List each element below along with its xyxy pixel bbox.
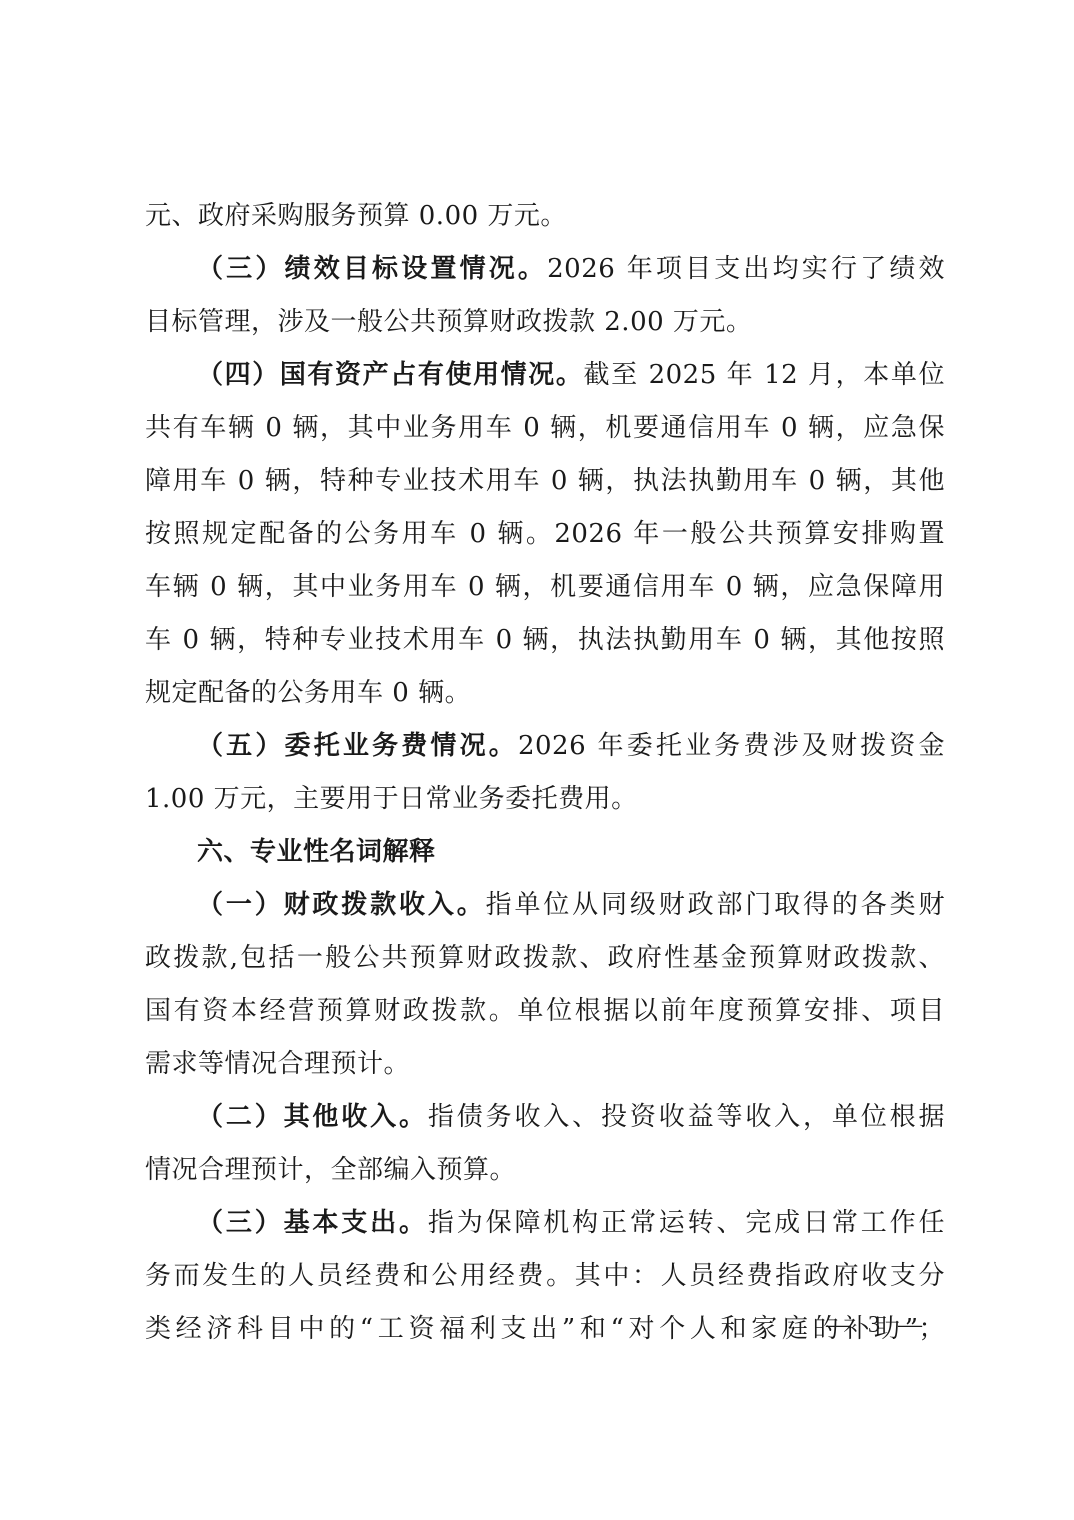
text-line: 规定配备的公务用车 0 辆。 xyxy=(145,667,945,720)
text-line: 1.00 万元，主要用于日常业务委托费用。 xyxy=(145,773,945,826)
text-run: 2026 年项目支出均实行了绩效 xyxy=(547,254,945,284)
paragraph-heading: （三）基本支出。 xyxy=(197,1208,428,1238)
text-run: 2026 年委托业务费涉及财拨资金 xyxy=(518,731,945,761)
text-line: 按照规定配备的公务用车 0 辆。2026 年一般公共预算安排购置 xyxy=(145,508,945,561)
text-line: 车 0 辆，特种专业技术用车 0 辆，执法执勤用车 0 辆，其他按照 xyxy=(145,614,945,667)
text-line: 需求等情况合理预计。 xyxy=(145,1038,945,1091)
paragraph-entrusted-fees: （五）委托业务费情况。2026 年委托业务费涉及财拨资金 xyxy=(145,720,945,773)
text-line: 务而发生的人员经费和公用经费。其中：人员经费指政府收支分 xyxy=(145,1250,945,1303)
text-line: 车辆 0 辆，其中业务用车 0 辆，机要通信用车 0 辆，应急保障用 xyxy=(145,561,945,614)
paragraph-basic-expenditure: （三）基本支出。指为保障机构正常运转、完成日常工作任 xyxy=(145,1197,945,1250)
text-line: 共有车辆 0 辆，其中业务用车 0 辆，机要通信用车 0 辆，应急保 xyxy=(145,402,945,455)
paragraph-heading: （五）委托业务费情况。 xyxy=(197,731,518,761)
paragraph-heading: （四）国有资产占有使用情况。 xyxy=(197,360,584,390)
text-run: 指单位从同级财政部门取得的各类财 xyxy=(486,890,945,920)
paragraph-other-income: （二）其他收入。指债务收入、投资收益等收入，单位根据 xyxy=(145,1091,945,1144)
text-run: 指债务收入、投资收益等收入，单位根据 xyxy=(428,1102,945,1132)
text-line: 障用车 0 辆，特种专业技术用车 0 辆，执法执勤用车 0 辆，其他 xyxy=(145,455,945,508)
paragraph-state-assets: （四）国有资产占有使用情况。截至 2025 年 12 月，本单位 xyxy=(145,349,945,402)
text-run: 截至 2025 年 12 月，本单位 xyxy=(584,360,946,390)
document-page: 元、政府采购服务预算 0.00 万元。 （三）绩效目标设置情况。2026 年项目… xyxy=(145,190,945,1356)
paragraph-fiscal-income: （一）财政拨款收入。指单位从同级财政部门取得的各类财 xyxy=(145,879,945,932)
page-number: — 3 — xyxy=(826,1312,928,1339)
text-line: 类经济科目中的“工资福利支出”和“对个人和家庭的补助”； xyxy=(145,1303,945,1356)
paragraph-performance-goals: （三）绩效目标设置情况。2026 年项目支出均实行了绩效 xyxy=(145,243,945,296)
text-line: 政拨款,包括一般公共预算财政拨款、政府性基金预算财政拨款、 xyxy=(145,932,945,985)
paragraph-heading: （三）绩效目标设置情况。 xyxy=(197,254,547,284)
paragraph-heading: （一）财政拨款收入。 xyxy=(197,890,486,920)
text-line: 元、政府采购服务预算 0.00 万元。 xyxy=(145,190,945,243)
text-line: 情况合理预计，全部编入预算。 xyxy=(145,1144,945,1197)
text-line: 目标管理，涉及一般公共预算财政拨款 2.00 万元。 xyxy=(145,296,945,349)
paragraph-heading: （二）其他收入。 xyxy=(197,1102,428,1132)
text-run: 指为保障机构正常运转、完成日常工作任 xyxy=(428,1208,945,1238)
text-line: 国有资本经营预算财政拨款。单位根据以前年度预算安排、项目 xyxy=(145,985,945,1038)
section-title: 六、专业性名词解释 xyxy=(145,826,945,879)
